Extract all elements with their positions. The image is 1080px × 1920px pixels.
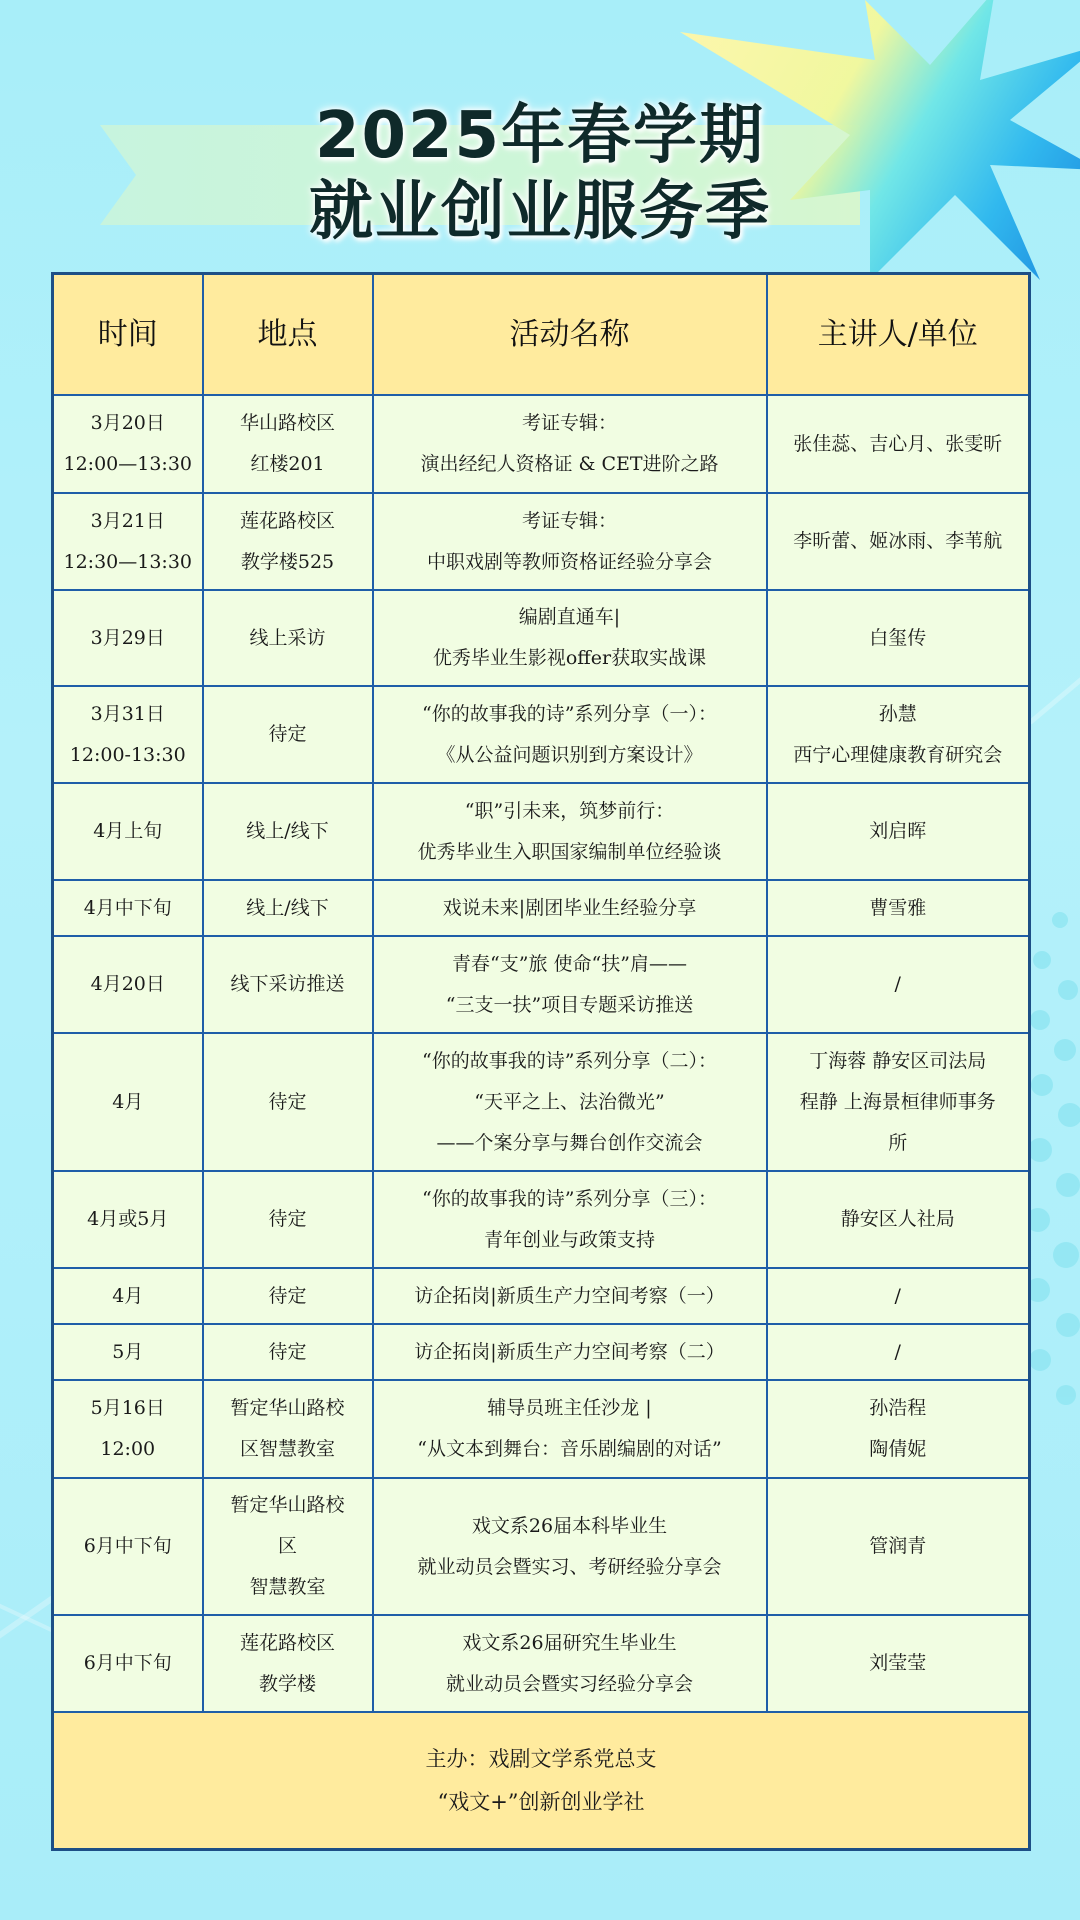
- time-cell-line: 4月: [60, 1276, 196, 1317]
- place-cell: 线上/线下: [203, 783, 373, 880]
- activity-cell-line: 戏文系26届本科毕业生: [380, 1506, 760, 1547]
- activity-cell: 访企拓岗|新质生产力空间考察（一）: [373, 1268, 767, 1324]
- activity-cell-line: 考证专辑：: [380, 403, 760, 444]
- activity-cell: 考证专辑：中职戏剧等教师资格证经验分享会: [373, 493, 767, 590]
- speaker-cell-line: 刘莹莹: [774, 1643, 1023, 1684]
- place-cell-line: 线上/线下: [210, 888, 366, 929]
- activity-cell-line: “你的故事我的诗”系列分享（一）：: [380, 694, 760, 735]
- time-cell: 6月中下旬: [53, 1478, 203, 1615]
- table-row: 4月待定“你的故事我的诗”系列分享（二）：“天平之上、法治微光”——个案分享与舞…: [53, 1033, 1030, 1171]
- time-cell-line: 4月或5月: [60, 1199, 196, 1240]
- activity-cell: “你的故事我的诗”系列分享（二）：“天平之上、法治微光”——个案分享与舞台创作交…: [373, 1033, 767, 1171]
- speaker-cell-line: /: [774, 1332, 1023, 1373]
- place-cell-line: 教学楼525: [210, 542, 366, 583]
- time-cell-line: 4月: [60, 1082, 196, 1123]
- place-cell: 莲花路校区教学楼525: [203, 493, 373, 590]
- activity-cell-line: 就业动员会暨实习经验分享会: [380, 1664, 760, 1705]
- time-cell: 4月或5月: [53, 1171, 203, 1268]
- speaker-cell-line: 张佳蕊、吉心月、张雯昕: [774, 424, 1023, 465]
- table-header-row: 时间 地点 活动名称 主讲人/单位: [53, 274, 1030, 396]
- activity-cell-line: 演出经纪人资格证 & CET进阶之路: [380, 444, 760, 485]
- place-cell: 线上/线下: [203, 880, 373, 936]
- speaker-cell-line: /: [774, 1276, 1023, 1317]
- time-cell: 4月中下旬: [53, 880, 203, 936]
- time-cell-line: 5月16日: [60, 1388, 196, 1429]
- activity-cell-line: 优秀毕业生入职国家编制单位经验谈: [380, 832, 760, 873]
- table-row: 5月16日12:00暂定华山路校区智慧教室辅导员班主任沙龙 |“从文本到舞台：音…: [53, 1380, 1030, 1478]
- activity-cell-line: 优秀毕业生影视offer获取实战课: [380, 638, 760, 679]
- table-row: 4月或5月待定“你的故事我的诗”系列分享（三）：青年创业与政策支持静安区人社局: [53, 1171, 1030, 1268]
- speaker-cell: /: [767, 1324, 1030, 1380]
- activity-cell: 访企拓岗|新质生产力空间考察（二）: [373, 1324, 767, 1380]
- speaker-cell: 张佳蕊、吉心月、张雯昕: [767, 395, 1030, 493]
- speaker-cell: 孙慧西宁心理健康教育研究会: [767, 686, 1030, 783]
- speaker-cell-line: 孙慧: [774, 694, 1023, 735]
- place-cell-line: 线上/线下: [210, 811, 366, 852]
- place-cell-line: 待定: [210, 1199, 366, 1240]
- speaker-cell-line: 程静 上海景桓律师事务: [774, 1082, 1023, 1123]
- time-cell: 4月上旬: [53, 783, 203, 880]
- speaker-cell-line: 所: [774, 1123, 1023, 1164]
- column-header-place: 地点: [203, 274, 373, 396]
- activity-cell-line: “三支一扶”项目专题采访推送: [380, 985, 760, 1026]
- activity-cell-line: 青年创业与政策支持: [380, 1220, 760, 1261]
- speaker-cell-line: 曹雪雅: [774, 888, 1023, 929]
- speaker-cell-line: 陶倩妮: [774, 1429, 1023, 1470]
- speaker-cell: 白玺传: [767, 590, 1030, 686]
- time-cell-line: 4月上旬: [60, 811, 196, 852]
- activity-cell-line: “你的故事我的诗”系列分享（二）：: [380, 1041, 760, 1082]
- activity-cell-line: “职”引未来，筑梦前行：: [380, 791, 760, 832]
- table-row: 4月20日线下采访推送青春“支”旅 使命“扶”肩——“三支一扶”项目专题采访推送…: [53, 936, 1030, 1033]
- activity-cell: 戏文系26届本科毕业生就业动员会暨实习、考研经验分享会: [373, 1478, 767, 1615]
- organizer-footer: 主办：戏剧文学系党总支 “戏文+”创新创业学社: [53, 1712, 1030, 1850]
- activity-cell: 辅导员班主任沙龙 |“从文本到舞台：音乐剧编剧的对话”: [373, 1380, 767, 1478]
- title-line-2: 就业创业服务季: [0, 174, 1080, 250]
- schedule-table: 时间 地点 活动名称 主讲人/单位 3月20日12:00—13:30华山路校区红…: [51, 272, 1031, 1851]
- activity-cell: “你的故事我的诗”系列分享（三）：青年创业与政策支持: [373, 1171, 767, 1268]
- time-cell-line: 3月29日: [60, 618, 196, 659]
- time-cell-line: 4月20日: [60, 964, 196, 1005]
- speaker-cell-line: 李昕蕾、姬冰雨、李苇航: [774, 521, 1023, 562]
- speaker-cell-line: 丁海蓉 静安区司法局: [774, 1041, 1023, 1082]
- place-cell-line: 红楼201: [210, 444, 366, 485]
- table-row: 3月20日12:00—13:30华山路校区红楼201考证专辑：演出经纪人资格证 …: [53, 395, 1030, 493]
- time-cell-line: 3月20日: [60, 403, 196, 444]
- time-cell-line: 12:00: [60, 1429, 196, 1470]
- place-cell-line: 莲花路校区: [210, 1623, 366, 1664]
- speaker-cell: 曹雪雅: [767, 880, 1030, 936]
- speaker-cell: 孙浩程陶倩妮: [767, 1380, 1030, 1478]
- table-row: 4月中下旬线上/线下戏说未来|剧团毕业生经验分享曹雪雅: [53, 880, 1030, 936]
- table-row: 3月21日12:30—13:30莲花路校区教学楼525考证专辑：中职戏剧等教师资…: [53, 493, 1030, 590]
- place-cell-line: 待定: [210, 1082, 366, 1123]
- background-streak: [1028, 643, 1080, 724]
- place-cell-line: 智慧教室: [210, 1567, 366, 1608]
- activity-cell-line: 青春“支”旅 使命“扶”肩——: [380, 944, 760, 985]
- activity-cell: “职”引未来，筑梦前行：优秀毕业生入职国家编制单位经验谈: [373, 783, 767, 880]
- time-cell: 5月: [53, 1324, 203, 1380]
- speaker-cell: 刘莹莹: [767, 1615, 1030, 1712]
- place-cell-line: 暂定华山路校: [210, 1388, 366, 1429]
- speaker-cell-line: 白玺传: [774, 618, 1023, 659]
- speaker-cell: /: [767, 936, 1030, 1033]
- speaker-cell-line: /: [774, 964, 1023, 1005]
- activity-cell: 考证专辑：演出经纪人资格证 & CET进阶之路: [373, 395, 767, 493]
- place-cell-line: 待定: [210, 714, 366, 755]
- footer-row: 主办：戏剧文学系党总支 “戏文+”创新创业学社: [53, 1712, 1030, 1850]
- table-row: 3月29日线上采访编剧直通车|优秀毕业生影视offer获取实战课白玺传: [53, 590, 1030, 686]
- activity-cell-line: 访企拓岗|新质生产力空间考察（二）: [380, 1332, 760, 1373]
- table-row: 6月中下旬莲花路校区教学楼戏文系26届研究生毕业生就业动员会暨实习经验分享会刘莹…: [53, 1615, 1030, 1712]
- activity-cell: 编剧直通车|优秀毕业生影视offer获取实战课: [373, 590, 767, 686]
- activity-cell-line: “从文本到舞台：音乐剧编剧的对话”: [380, 1429, 760, 1470]
- place-cell: 待定: [203, 1324, 373, 1380]
- place-cell: 线上采访: [203, 590, 373, 686]
- activity-cell-line: 戏说未来|剧团毕业生经验分享: [380, 888, 760, 929]
- time-cell-line: 6月中下旬: [60, 1643, 196, 1684]
- activity-cell-line: 编剧直通车|: [380, 597, 760, 638]
- speaker-cell-line: 静安区人社局: [774, 1199, 1023, 1240]
- time-cell-line: 6月中下旬: [60, 1526, 196, 1567]
- place-cell: 莲花路校区教学楼: [203, 1615, 373, 1712]
- column-header-activity: 活动名称: [373, 274, 767, 396]
- title-line-1: 2025年春学期: [0, 98, 1080, 174]
- activity-cell-line: 就业动员会暨实习、考研经验分享会: [380, 1547, 760, 1588]
- activity-cell-line: 辅导员班主任沙龙 |: [380, 1388, 760, 1429]
- speaker-cell-line: 孙浩程: [774, 1388, 1023, 1429]
- time-cell-line: 3月31日: [60, 694, 196, 735]
- time-cell-line: 12:00—13:30: [60, 444, 196, 485]
- speaker-cell: 管润青: [767, 1478, 1030, 1615]
- time-cell: 3月29日: [53, 590, 203, 686]
- time-cell-line: 3月21日: [60, 501, 196, 542]
- column-header-speaker: 主讲人/单位: [767, 274, 1030, 396]
- activity-cell: 青春“支”旅 使命“扶”肩——“三支一扶”项目专题采访推送: [373, 936, 767, 1033]
- time-cell-line: 5月: [60, 1332, 196, 1373]
- place-cell: 待定: [203, 1033, 373, 1171]
- activity-cell-line: “你的故事我的诗”系列分享（三）：: [380, 1179, 760, 1220]
- place-cell-line: 待定: [210, 1276, 366, 1317]
- activity-cell-line: 考证专辑：: [380, 501, 760, 542]
- time-cell: 3月20日12:00—13:30: [53, 395, 203, 493]
- time-cell: 4月20日: [53, 936, 203, 1033]
- speaker-cell: /: [767, 1268, 1030, 1324]
- table-row: 4月上旬线上/线下“职”引未来，筑梦前行：优秀毕业生入职国家编制单位经验谈刘启晖: [53, 783, 1030, 880]
- organizer-society: “戏文+”创新创业学社: [60, 1781, 1022, 1824]
- place-cell: 暂定华山路校区智慧教室: [203, 1478, 373, 1615]
- organizer-line: 主办：戏剧文学系党总支: [60, 1738, 1022, 1781]
- time-cell: 6月中下旬: [53, 1615, 203, 1712]
- place-cell: 华山路校区红楼201: [203, 395, 373, 493]
- place-cell: 线下采访推送: [203, 936, 373, 1033]
- table-body: 3月20日12:00—13:30华山路校区红楼201考证专辑：演出经纪人资格证 …: [53, 395, 1030, 1712]
- time-cell: 3月31日12:00-13:30: [53, 686, 203, 783]
- activity-cell-line: 中职戏剧等教师资格证经验分享会: [380, 542, 760, 583]
- time-cell-line: 4月中下旬: [60, 888, 196, 929]
- place-cell-line: 华山路校区: [210, 403, 366, 444]
- activity-cell: 戏文系26届研究生毕业生就业动员会暨实习经验分享会: [373, 1615, 767, 1712]
- table-row: 5月待定访企拓岗|新质生产力空间考察（二）/: [53, 1324, 1030, 1380]
- place-cell-line: 区智慧教室: [210, 1429, 366, 1470]
- speaker-cell: 李昕蕾、姬冰雨、李苇航: [767, 493, 1030, 590]
- page-title: 2025年春学期 就业创业服务季: [0, 98, 1080, 250]
- table-row: 3月31日12:00-13:30待定“你的故事我的诗”系列分享（一）：《从公益问…: [53, 686, 1030, 783]
- place-cell-line: 线下采访推送: [210, 964, 366, 1005]
- place-cell-line: 待定: [210, 1332, 366, 1373]
- place-cell: 待定: [203, 686, 373, 783]
- time-cell-line: 12:00-13:30: [60, 735, 196, 776]
- time-cell: 4月: [53, 1268, 203, 1324]
- table-row: 4月待定访企拓岗|新质生产力空间考察（一）/: [53, 1268, 1030, 1324]
- time-cell: 5月16日12:00: [53, 1380, 203, 1478]
- table-row: 6月中下旬暂定华山路校区智慧教室戏文系26届本科毕业生就业动员会暨实习、考研经验…: [53, 1478, 1030, 1615]
- place-cell-line: 莲花路校区: [210, 501, 366, 542]
- time-cell-line: 12:30—13:30: [60, 542, 196, 583]
- speaker-cell-line: 管润青: [774, 1526, 1023, 1567]
- activity-cell: “你的故事我的诗”系列分享（一）：《从公益问题识别到方案设计》: [373, 686, 767, 783]
- place-cell: 待定: [203, 1171, 373, 1268]
- activity-cell-line: 戏文系26届研究生毕业生: [380, 1623, 760, 1664]
- speaker-cell-line: 西宁心理健康教育研究会: [774, 735, 1023, 776]
- speaker-cell: 刘启晖: [767, 783, 1030, 880]
- speaker-cell-line: 刘启晖: [774, 811, 1023, 852]
- activity-cell-line: ——个案分享与舞台创作交流会: [380, 1123, 760, 1164]
- place-cell-line: 教学楼: [210, 1664, 366, 1705]
- place-cell: 待定: [203, 1268, 373, 1324]
- place-cell: 暂定华山路校区智慧教室: [203, 1380, 373, 1478]
- time-cell: 3月21日12:30—13:30: [53, 493, 203, 590]
- activity-cell: 戏说未来|剧团毕业生经验分享: [373, 880, 767, 936]
- activity-cell-line: “天平之上、法治微光”: [380, 1082, 760, 1123]
- activity-cell-line: 访企拓岗|新质生产力空间考察（一）: [380, 1276, 760, 1317]
- place-cell-line: 线上采访: [210, 618, 366, 659]
- column-header-time: 时间: [53, 274, 203, 396]
- place-cell-line: 区: [210, 1526, 366, 1567]
- speaker-cell: 静安区人社局: [767, 1171, 1030, 1268]
- time-cell: 4月: [53, 1033, 203, 1171]
- speaker-cell: 丁海蓉 静安区司法局程静 上海景桓律师事务所: [767, 1033, 1030, 1171]
- place-cell-line: 暂定华山路校: [210, 1485, 366, 1526]
- activity-cell-line: 《从公益问题识别到方案设计》: [380, 735, 760, 776]
